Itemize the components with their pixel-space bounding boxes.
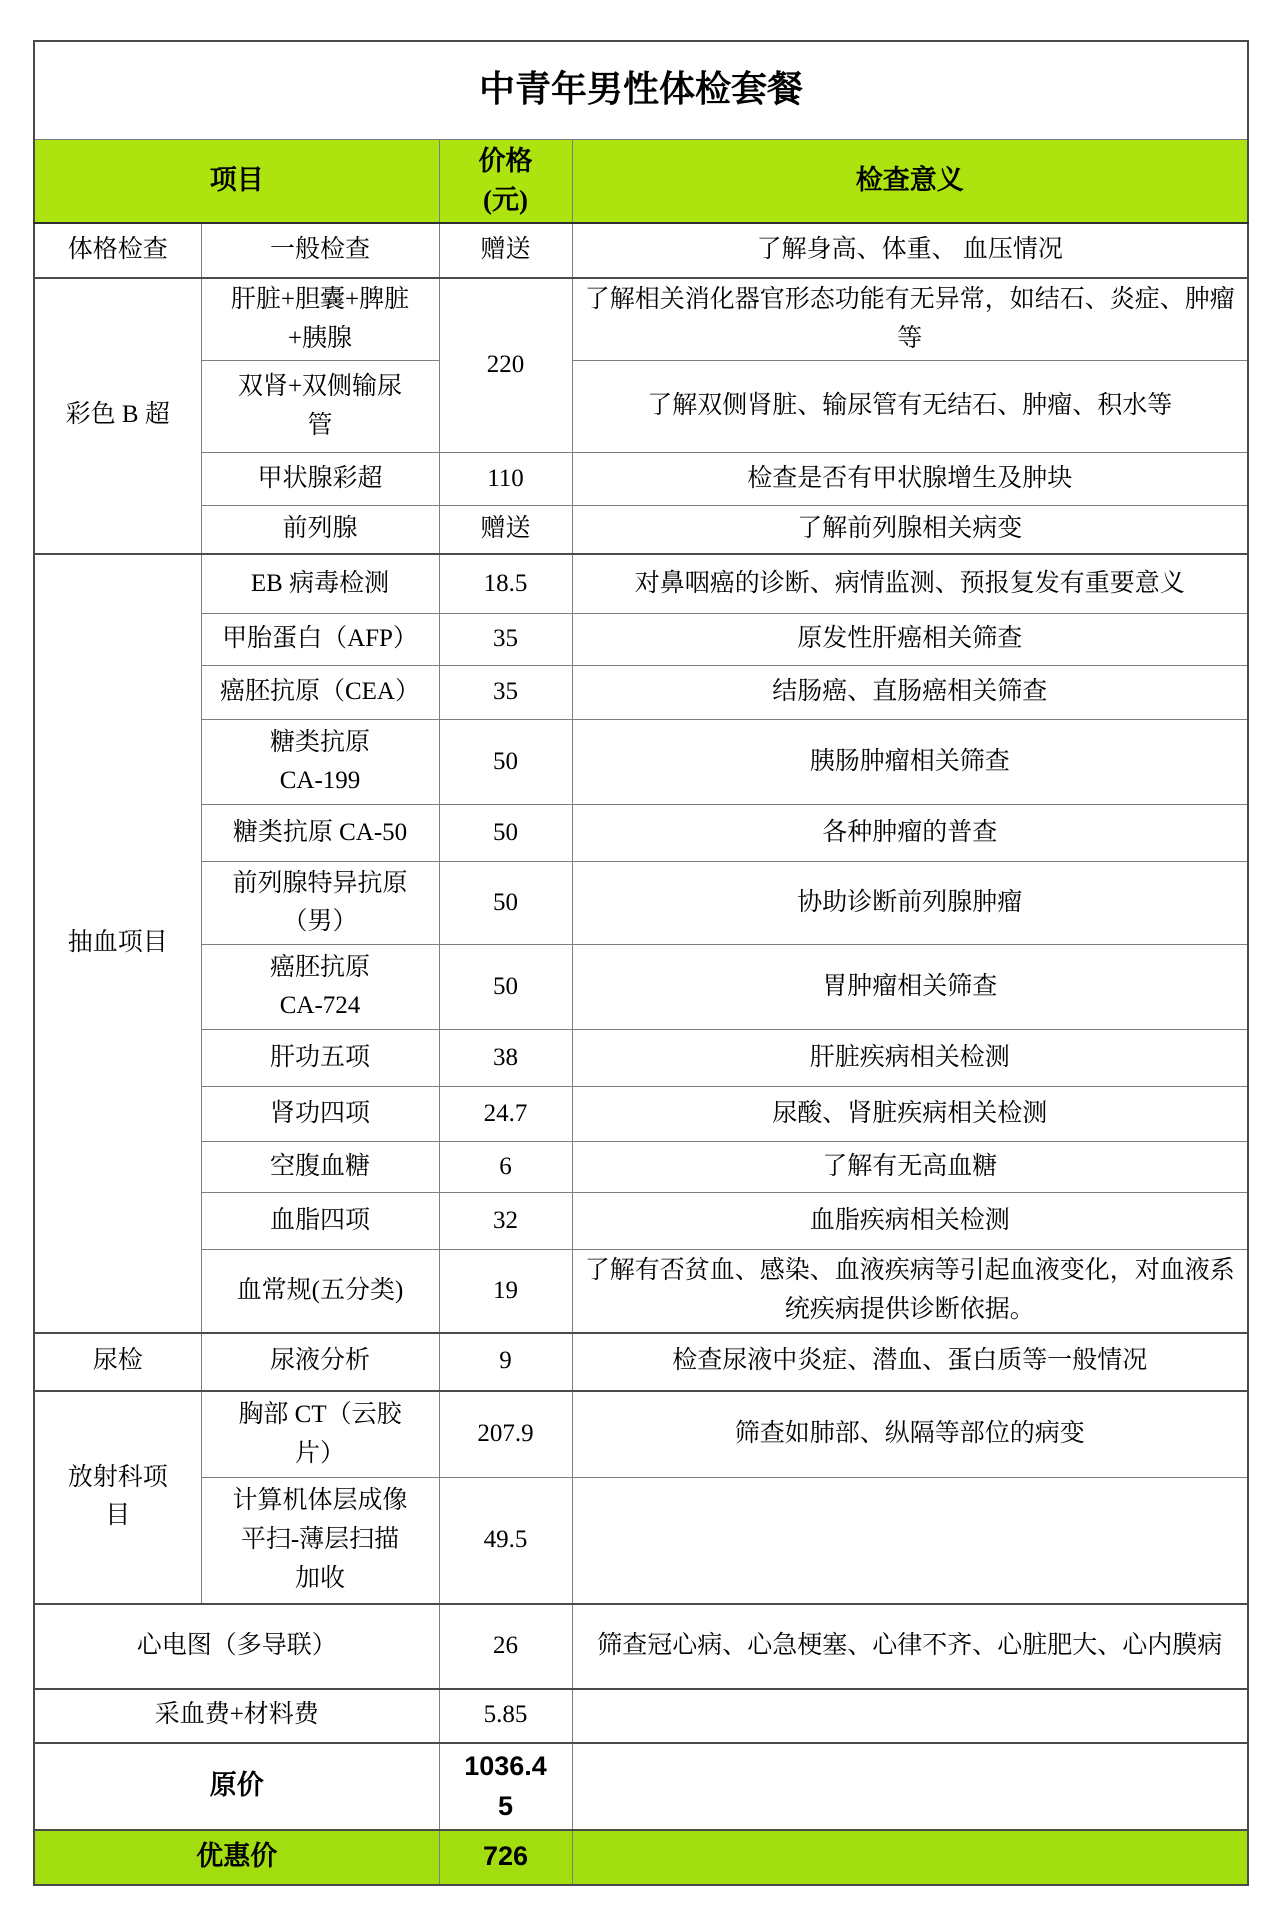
meaning-cell: 胃肿瘤相关筛查 [572, 945, 1248, 1030]
table-row: 癌胚抗原 CA-724 50 胃肿瘤相关筛查 [34, 945, 1248, 1030]
discount-price-row: 优惠价 726 [34, 1830, 1248, 1885]
table-row: 肝功五项 38 肝脏疾病相关检测 [34, 1030, 1248, 1087]
table-row: 甲状腺彩超 110 检查是否有甲状腺增生及肿块 [34, 453, 1248, 506]
original-price-label: 原价 [34, 1743, 439, 1830]
discount-price-value: 726 [439, 1830, 572, 1885]
meaning-cell [572, 1689, 1248, 1743]
price-cell: 19 [439, 1250, 572, 1333]
price-cell: 50 [439, 945, 572, 1030]
price-cell: 110 [439, 453, 572, 506]
table-row: 前列腺 赠送 了解前列腺相关病变 [34, 506, 1248, 554]
price-cell: 50 [439, 805, 572, 862]
meaning-cell: 尿酸、肾脏疾病相关检测 [572, 1087, 1248, 1142]
item-cell: 肾功四项 [201, 1087, 439, 1142]
price-cell: 18.5 [439, 554, 572, 614]
meaning-cell: 肝脏疾病相关检测 [572, 1030, 1248, 1087]
meaning-cell [572, 1830, 1248, 1885]
meaning-cell: 检查尿液中炎症、潜血、蛋白质等一般情况 [572, 1333, 1248, 1391]
table-row: 计算机体层成像 平扫-薄层扫描 加收 49.5 [34, 1478, 1248, 1604]
price-cell: 207.9 [439, 1391, 572, 1478]
table-row: 彩色 B 超 肝脏+胆囊+脾脏 +胰腺 220 了解相关消化器官形态功能有无异常… [34, 278, 1248, 361]
category-cell: 体格检查 [34, 223, 201, 278]
meaning-cell [572, 1743, 1248, 1830]
original-price-value: 1036.45 [439, 1743, 572, 1830]
col-header-meaning: 检查意义 [572, 139, 1248, 223]
table-row: 糖类抗原 CA-199 50 胰肠肿瘤相关筛查 [34, 720, 1248, 805]
item-cell: 血常规(五分类) [201, 1250, 439, 1333]
table-row: 糖类抗原 CA-50 50 各种肿瘤的普查 [34, 805, 1248, 862]
item-cell: 肝功五项 [201, 1030, 439, 1087]
price-cell: 5.85 [439, 1689, 572, 1743]
price-cell: 26 [439, 1604, 572, 1689]
meaning-cell: 了解前列腺相关病变 [572, 506, 1248, 554]
price-cell: 220 [439, 278, 572, 453]
price-cell: 32 [439, 1193, 572, 1250]
meaning-cell: 血脂疾病相关检测 [572, 1193, 1248, 1250]
meaning-cell: 筛查如肺部、纵隔等部位的病变 [572, 1391, 1248, 1478]
header-row: 项目 价格 (元) 检查意义 [34, 139, 1248, 223]
item-cell: 癌胚抗原（CEA） [201, 666, 439, 720]
table-row: 放射科项 目 胸部 CT（云胶 片） 207.9 筛查如肺部、纵隔等部位的病变 [34, 1391, 1248, 1478]
meaning-cell: 了解身高、体重、 血压情况 [572, 223, 1248, 278]
item-cell: 糖类抗原 CA-50 [201, 805, 439, 862]
title-row: 中青年男性体检套餐 [34, 41, 1248, 139]
table-row: 双肾+双侧输尿 管 了解双侧肾脏、输尿管有无结石、肿瘤、积水等 [34, 361, 1248, 453]
item-cell: 血脂四项 [201, 1193, 439, 1250]
item-cell: 空腹血糖 [201, 1142, 439, 1193]
table-row: 肾功四项 24.7 尿酸、肾脏疾病相关检测 [34, 1087, 1248, 1142]
table-row: 癌胚抗原（CEA） 35 结肠癌、直肠癌相关筛查 [34, 666, 1248, 720]
item-cell: 甲胎蛋白（AFP） [201, 614, 439, 666]
item-cell: 糖类抗原 CA-199 [201, 720, 439, 805]
price-cell: 9 [439, 1333, 572, 1391]
meaning-cell: 了解双侧肾脏、输尿管有无结石、肿瘤、积水等 [572, 361, 1248, 453]
item-cell: EB 病毒检测 [201, 554, 439, 614]
exam-package-table: 中青年男性体检套餐 项目 价格 (元) 检查意义 体格检查 一般检查 赠送 了解… [33, 40, 1249, 1886]
meaning-cell: 了解有否贫血、感染、血液疾病等引起血液变化，对血液系统疾病提供诊断依据。 [572, 1250, 1248, 1333]
table-row: 尿检 尿液分析 9 检查尿液中炎症、潜血、蛋白质等一般情况 [34, 1333, 1248, 1391]
price-cell: 24.7 [439, 1087, 572, 1142]
category-cell: 彩色 B 超 [34, 278, 201, 554]
item-cell: 尿液分析 [201, 1333, 439, 1391]
item-cell: 前列腺特异抗原 （男） [201, 862, 439, 945]
price-cell: 50 [439, 720, 572, 805]
meaning-cell: 原发性肝癌相关筛查 [572, 614, 1248, 666]
meaning-cell: 各种肿瘤的普查 [572, 805, 1248, 862]
item-cell: 采血费+材料费 [34, 1689, 439, 1743]
category-cell: 抽血项目 [34, 554, 201, 1333]
table-row: 血常规(五分类) 19 了解有否贫血、感染、血液疾病等引起血液变化，对血液系统疾… [34, 1250, 1248, 1333]
meaning-cell: 对鼻咽癌的诊断、病情监测、预报复发有重要意义 [572, 554, 1248, 614]
col-header-item: 项目 [34, 139, 439, 223]
table-row: 空腹血糖 6 了解有无高血糖 [34, 1142, 1248, 1193]
table-row: 心电图（多导联） 26 筛查冠心病、心急梗塞、心律不齐、心脏肥大、心内膜病 [34, 1604, 1248, 1689]
item-cell: 前列腺 [201, 506, 439, 554]
item-cell: 双肾+双侧输尿 管 [201, 361, 439, 453]
price-cell: 38 [439, 1030, 572, 1087]
category-cell: 放射科项 目 [34, 1391, 201, 1604]
discount-price-label: 优惠价 [34, 1830, 439, 1885]
item-cell: 癌胚抗原 CA-724 [201, 945, 439, 1030]
meaning-cell: 检查是否有甲状腺增生及肿块 [572, 453, 1248, 506]
price-cell: 49.5 [439, 1478, 572, 1604]
price-cell: 赠送 [439, 506, 572, 554]
item-cell: 肝脏+胆囊+脾脏 +胰腺 [201, 278, 439, 361]
item-cell: 计算机体层成像 平扫-薄层扫描 加收 [201, 1478, 439, 1604]
table-row: 血脂四项 32 血脂疾病相关检测 [34, 1193, 1248, 1250]
price-cell: 35 [439, 614, 572, 666]
col-header-price: 价格 (元) [439, 139, 572, 223]
meaning-cell: 了解有无高血糖 [572, 1142, 1248, 1193]
item-cell: 一般检查 [201, 223, 439, 278]
meaning-cell: 胰肠肿瘤相关筛查 [572, 720, 1248, 805]
item-cell: 甲状腺彩超 [201, 453, 439, 506]
price-cell: 6 [439, 1142, 572, 1193]
table-row: 前列腺特异抗原 （男） 50 协助诊断前列腺肿瘤 [34, 862, 1248, 945]
page-title: 中青年男性体检套餐 [34, 41, 1248, 139]
original-price-row: 原价 1036.45 [34, 1743, 1248, 1830]
table-row: 采血费+材料费 5.85 [34, 1689, 1248, 1743]
meaning-cell: 协助诊断前列腺肿瘤 [572, 862, 1248, 945]
meaning-cell: 了解相关消化器官形态功能有无异常，如结石、炎症、肿瘤等 [572, 278, 1248, 361]
table-row: 抽血项目 EB 病毒检测 18.5 对鼻咽癌的诊断、病情监测、预报复发有重要意义 [34, 554, 1248, 614]
meaning-cell: 筛查冠心病、心急梗塞、心律不齐、心脏肥大、心内膜病 [572, 1604, 1248, 1689]
table-row: 甲胎蛋白（AFP） 35 原发性肝癌相关筛查 [34, 614, 1248, 666]
table-row: 体格检查 一般检查 赠送 了解身高、体重、 血压情况 [34, 223, 1248, 278]
meaning-cell: 结肠癌、直肠癌相关筛查 [572, 666, 1248, 720]
item-cell: 胸部 CT（云胶 片） [201, 1391, 439, 1478]
meaning-cell [572, 1478, 1248, 1604]
price-cell: 赠送 [439, 223, 572, 278]
item-cell: 心电图（多导联） [34, 1604, 439, 1689]
price-cell: 35 [439, 666, 572, 720]
category-cell: 尿检 [34, 1333, 201, 1391]
physical-exam-price-sheet: 中青年男性体检套餐 项目 价格 (元) 检查意义 体格检查 一般检查 赠送 了解… [0, 0, 1280, 1907]
price-cell: 50 [439, 862, 572, 945]
